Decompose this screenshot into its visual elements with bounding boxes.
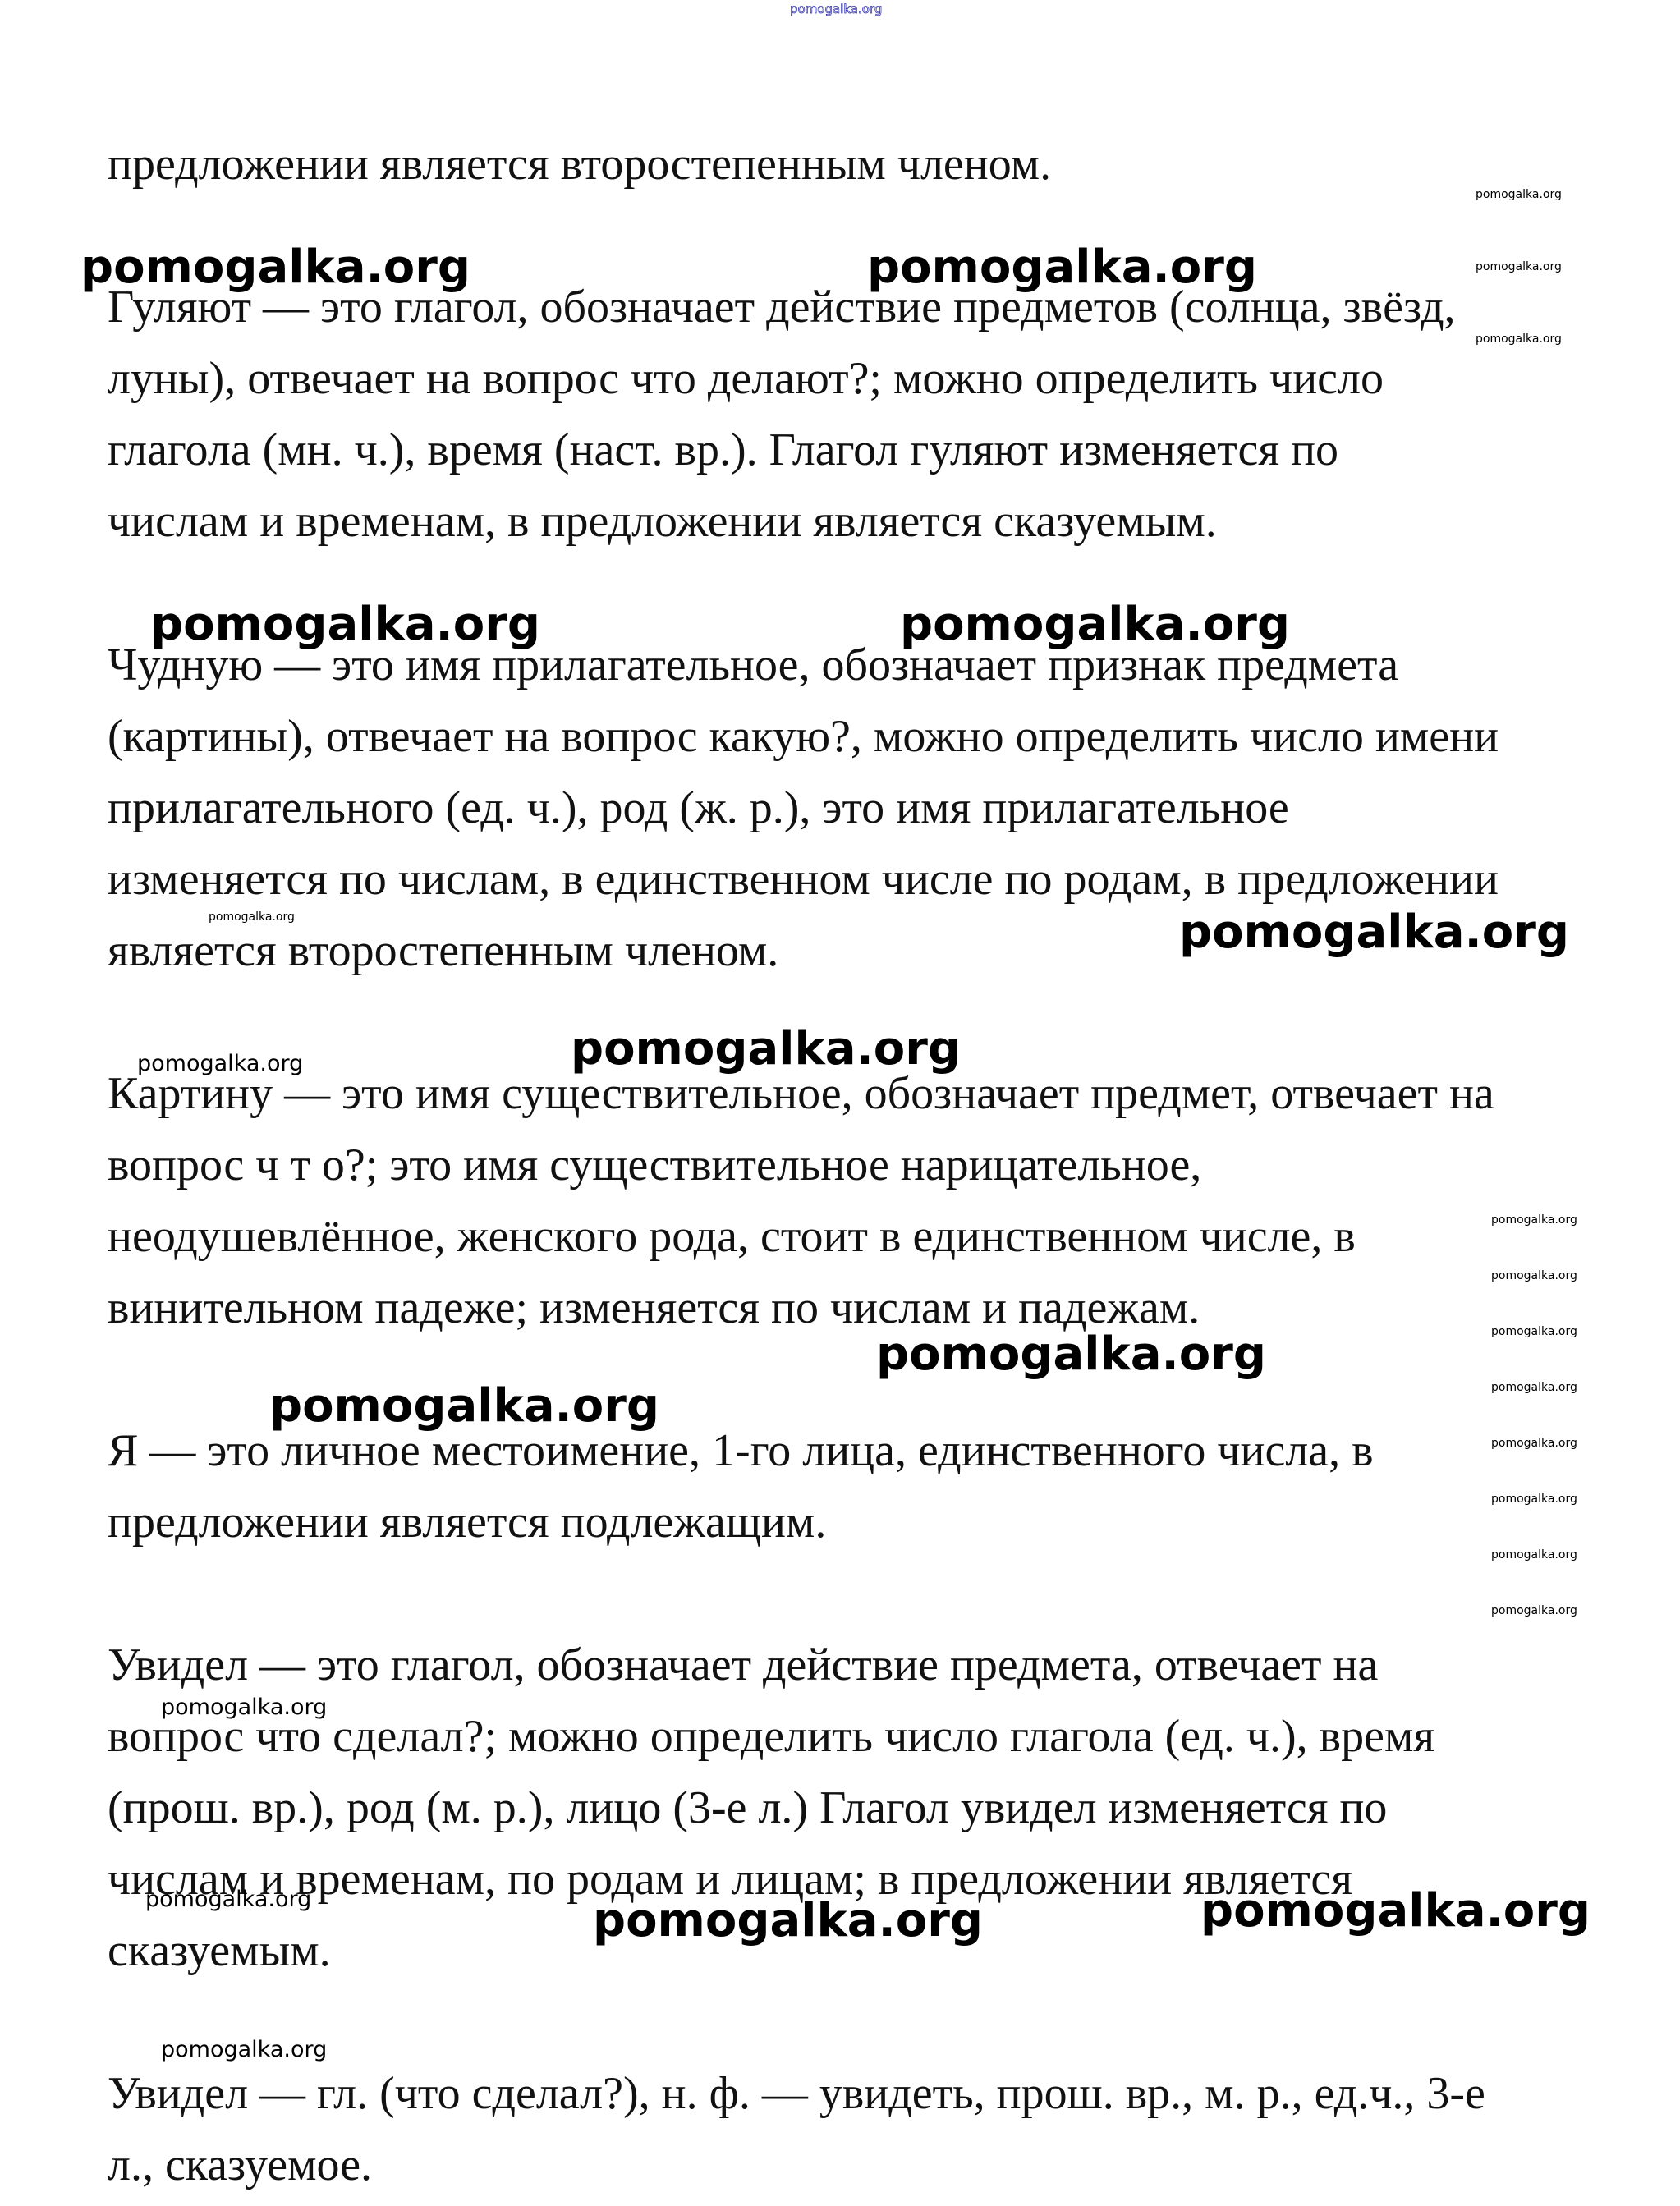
text-line: л., сказуемое.	[108, 2142, 372, 2188]
text-line: Увидел — гл. (что сделал?), н. ф. — увид…	[108, 2071, 1485, 2117]
text-line: неодушевлённое, женского рода, стоит в е…	[108, 1213, 1356, 1259]
watermark: pomogalka.org	[1491, 1326, 1577, 1337]
text-line: глагола (мн. ч.), время (наст. вр.). Гла…	[108, 427, 1338, 473]
text-line: (прош. вр.), род (м. р.), лицо (3-е л.) …	[108, 1785, 1387, 1831]
watermark: pomogalka.org	[1179, 910, 1569, 956]
watermark: pomogalka.org	[876, 1332, 1266, 1378]
text-line: числам и временам, в предложении являетс…	[108, 498, 1217, 544]
text-line: прилагательного (ед. ч.), род (ж. р.), э…	[108, 785, 1289, 831]
text-line: изменяется по числам, в единственном чис…	[108, 856, 1499, 902]
watermark: pomogalka.org	[1476, 261, 1562, 273]
text-line: вопрос что сделал?; можно определить чис…	[108, 1713, 1434, 1759]
text-line: Картину — это имя существительное, обозн…	[108, 1071, 1494, 1117]
watermark: pomogalka.org	[1476, 333, 1562, 345]
watermark: pomogalka.org	[1491, 1382, 1577, 1393]
watermark: pomogalka.org	[137, 1053, 303, 1075]
text-line: Увидел — это глагол, обозначает действие…	[108, 1642, 1378, 1688]
text-line: винительном падеже; изменяется по числам…	[108, 1285, 1200, 1331]
text-line: сказуемым.	[108, 1928, 331, 1974]
watermark: pomogalka.org	[1491, 1493, 1577, 1505]
watermark: pomogalka.org	[593, 1898, 983, 1944]
watermark: pomogalka.org	[1491, 1270, 1577, 1282]
watermark: pomogalka.org	[150, 602, 540, 648]
text-line: предложении является подлежащим.	[108, 1499, 826, 1545]
watermark: pomogalka.org	[1491, 1214, 1577, 1226]
text-line: предложении является второстепенным член…	[108, 141, 1051, 187]
header-site-link[interactable]: pomogalka.org	[790, 2, 882, 16]
watermark: pomogalka.org	[209, 911, 295, 923]
text-line: (картины), отвечает на вопрос какую?, мо…	[108, 713, 1499, 759]
watermark: pomogalka.org	[1491, 1549, 1577, 1561]
watermark: pomogalka.org	[161, 1696, 327, 1718]
watermark: pomogalka.org	[571, 1026, 961, 1072]
watermark: pomogalka.org	[867, 245, 1257, 291]
watermark: pomogalka.org	[80, 245, 470, 291]
watermark: pomogalka.org	[161, 2039, 327, 2061]
watermark: pomogalka.org	[269, 1383, 659, 1429]
text-line: является второстепенным членом.	[108, 928, 778, 974]
text-line: луны), отвечает на вопрос что делают?; м…	[108, 355, 1384, 401]
text-line: вопрос ч т о?; это имя существительное н…	[108, 1142, 1201, 1188]
watermark: pomogalka.org	[1200, 1888, 1590, 1934]
text-line: Я — это личное местоимение, 1-го лица, е…	[108, 1428, 1374, 1474]
watermark: pomogalka.org	[900, 602, 1290, 648]
watermark: pomogalka.org	[145, 1888, 311, 1910]
watermark: pomogalka.org	[1491, 1605, 1577, 1617]
watermark: pomogalka.org	[1476, 189, 1562, 200]
watermark: pomogalka.org	[1491, 1438, 1577, 1449]
